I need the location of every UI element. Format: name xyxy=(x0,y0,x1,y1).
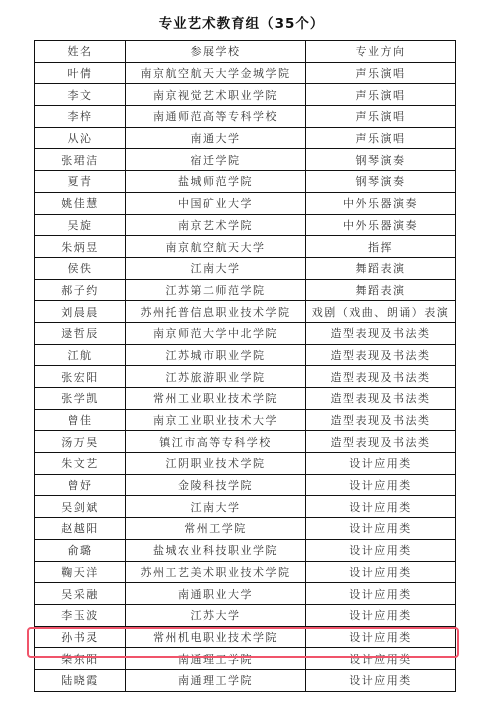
header-name: 姓名 xyxy=(35,41,126,63)
table-row: 朱文艺江阴职业技术学院设计应用类 xyxy=(35,453,456,475)
table-row: 逯哲辰南京师范大学中北学院造型表现及书法类 xyxy=(35,322,456,344)
school-cell: 南通大学 xyxy=(126,127,306,149)
major-cell: 指挥 xyxy=(306,236,456,258)
name-cell: 张学凯 xyxy=(35,388,126,410)
school-cell: 南京航空航天大学金城学院 xyxy=(126,62,306,84)
school-cell: 常州机电职业技术学院 xyxy=(126,626,306,648)
school-cell: 常州工业职业技术学院 xyxy=(126,388,306,410)
school-cell: 常州工学院 xyxy=(126,518,306,540)
table-row: 从沁南通大学声乐演唱 xyxy=(35,127,456,149)
table-row: 张学凯常州工业职业技术学院造型表现及书法类 xyxy=(35,388,456,410)
school-cell: 金陵科技学院 xyxy=(126,474,306,496)
major-cell: 造型表现及书法类 xyxy=(306,388,456,410)
name-cell: 逯哲辰 xyxy=(35,322,126,344)
major-cell: 造型表现及书法类 xyxy=(306,409,456,431)
major-cell: 声乐演唱 xyxy=(306,62,456,84)
school-cell: 苏州工艺美术职业技术学院 xyxy=(126,561,306,583)
table-row: 夏青盐城师范学院钢琴演奏 xyxy=(35,171,456,193)
table-row: 郝子约江苏第二师范学院舞蹈表演 xyxy=(35,279,456,301)
major-cell: 声乐演唱 xyxy=(306,106,456,128)
table-row: 姚佳慧中国矿业大学中外乐器演奏 xyxy=(35,192,456,214)
school-cell: 宿迁学院 xyxy=(126,149,306,171)
school-cell: 南京视觉艺术职业学院 xyxy=(126,84,306,106)
school-cell: 南通理工学院 xyxy=(126,669,306,691)
major-cell: 戏剧（戏曲、朗诵）表演 xyxy=(306,301,456,323)
table-row: 朱炳昱南京航空航天大学指挥 xyxy=(35,236,456,258)
table-header-row: 姓名 参展学校 专业方向 xyxy=(35,41,456,63)
table-row: 鞠天洋苏州工艺美术职业技术学院设计应用类 xyxy=(35,561,456,583)
table-row: 李玉波江苏大学设计应用类 xyxy=(35,604,456,626)
major-cell: 声乐演唱 xyxy=(306,84,456,106)
name-cell: 夏青 xyxy=(35,171,126,193)
major-cell: 设计应用类 xyxy=(306,496,456,518)
name-cell: 李文 xyxy=(35,84,126,106)
header-major: 专业方向 xyxy=(306,41,456,63)
name-cell: 从沁 xyxy=(35,127,126,149)
name-cell: 张宏阳 xyxy=(35,366,126,388)
table-row: 张宏阳江苏旅游职业学院造型表现及书法类 xyxy=(35,366,456,388)
school-cell: 苏州托普信息职业技术学院 xyxy=(126,301,306,323)
name-cell: 吴旋 xyxy=(35,214,126,236)
major-cell: 中外乐器演奏 xyxy=(306,214,456,236)
major-cell: 声乐演唱 xyxy=(306,127,456,149)
major-cell: 设计应用类 xyxy=(306,539,456,561)
page-title: 专业艺术教育组（35个） xyxy=(0,12,483,32)
school-cell: 盐城农业科技职业学院 xyxy=(126,539,306,561)
major-cell: 造型表现及书法类 xyxy=(306,431,456,453)
name-cell: 鞠天洋 xyxy=(35,561,126,583)
school-cell: 江苏大学 xyxy=(126,604,306,626)
major-cell: 钢琴演奏 xyxy=(306,171,456,193)
major-cell: 舞蹈表演 xyxy=(306,257,456,279)
name-cell: 郝子约 xyxy=(35,279,126,301)
name-cell: 吴剑斌 xyxy=(35,496,126,518)
table-row: 曾佳南京工业职业技术大学造型表现及书法类 xyxy=(35,409,456,431)
school-cell: 镇江市高等专科学校 xyxy=(126,431,306,453)
school-cell: 盐城师范学院 xyxy=(126,171,306,193)
school-cell: 江阴职业技术学院 xyxy=(126,453,306,475)
table-row: 李梓南通师范高等专科学校声乐演唱 xyxy=(35,106,456,128)
table-row: 柴东阳南通理工学院设计应用类 xyxy=(35,648,456,670)
table-row: 俞璐盐城农业科技职业学院设计应用类 xyxy=(35,539,456,561)
school-cell: 南通职业大学 xyxy=(126,583,306,605)
table-row: 侯佚江南大学舞蹈表演 xyxy=(35,257,456,279)
name-cell: 李梓 xyxy=(35,106,126,128)
school-cell: 江南大学 xyxy=(126,496,306,518)
major-cell: 设计应用类 xyxy=(306,474,456,496)
table-row: 陆晓霞南通理工学院设计应用类 xyxy=(35,669,456,691)
table-row: 刘晨晨苏州托普信息职业技术学院戏剧（戏曲、朗诵）表演 xyxy=(35,301,456,323)
name-cell: 汤万昊 xyxy=(35,431,126,453)
major-cell: 舞蹈表演 xyxy=(306,279,456,301)
table-row: 张珺洁宿迁学院钢琴演奏 xyxy=(35,149,456,171)
school-cell: 南京航空航天大学 xyxy=(126,236,306,258)
table-row: 江航江苏城市职业学院造型表现及书法类 xyxy=(35,344,456,366)
name-cell: 陆晓霞 xyxy=(35,669,126,691)
school-cell: 江苏旅游职业学院 xyxy=(126,366,306,388)
major-cell: 设计应用类 xyxy=(306,648,456,670)
major-cell: 设计应用类 xyxy=(306,626,456,648)
table-row: 吴剑斌江南大学设计应用类 xyxy=(35,496,456,518)
name-cell: 江航 xyxy=(35,344,126,366)
school-cell: 江苏第二师范学院 xyxy=(126,279,306,301)
major-cell: 设计应用类 xyxy=(306,583,456,605)
name-cell: 刘晨晨 xyxy=(35,301,126,323)
school-cell: 江苏城市职业学院 xyxy=(126,344,306,366)
school-cell: 江南大学 xyxy=(126,257,306,279)
header-school: 参展学校 xyxy=(126,41,306,63)
table-row: 叶倩南京航空航天大学金城学院声乐演唱 xyxy=(35,62,456,84)
major-cell: 设计应用类 xyxy=(306,669,456,691)
name-cell: 朱炳昱 xyxy=(35,236,126,258)
school-cell: 南通理工学院 xyxy=(126,648,306,670)
school-cell: 南京师范大学中北学院 xyxy=(126,322,306,344)
table-row-highlighted: 孙书灵常州机电职业技术学院设计应用类 xyxy=(35,626,456,648)
major-cell: 设计应用类 xyxy=(306,604,456,626)
name-cell: 李玉波 xyxy=(35,604,126,626)
participants-table: 姓名 参展学校 专业方向 叶倩南京航空航天大学金城学院声乐演唱李文南京视觉艺术职… xyxy=(34,40,456,692)
table-row: 李文南京视觉艺术职业学院声乐演唱 xyxy=(35,84,456,106)
table-row: 吴采融南通职业大学设计应用类 xyxy=(35,583,456,605)
major-cell: 设计应用类 xyxy=(306,561,456,583)
table-row: 汤万昊镇江市高等专科学校造型表现及书法类 xyxy=(35,431,456,453)
school-cell: 南京艺术学院 xyxy=(126,214,306,236)
table-row: 赵越阳常州工学院设计应用类 xyxy=(35,518,456,540)
name-cell: 张珺洁 xyxy=(35,149,126,171)
school-cell: 南通师范高等专科学校 xyxy=(126,106,306,128)
school-cell: 中国矿业大学 xyxy=(126,192,306,214)
name-cell: 赵越阳 xyxy=(35,518,126,540)
name-cell: 姚佳慧 xyxy=(35,192,126,214)
school-cell: 南京工业职业技术大学 xyxy=(126,409,306,431)
name-cell: 曾妤 xyxy=(35,474,126,496)
name-cell: 朱文艺 xyxy=(35,453,126,475)
table-row: 曾妤金陵科技学院设计应用类 xyxy=(35,474,456,496)
major-cell: 造型表现及书法类 xyxy=(306,322,456,344)
name-cell: 柴东阳 xyxy=(35,648,126,670)
name-cell: 曾佳 xyxy=(35,409,126,431)
major-cell: 钢琴演奏 xyxy=(306,149,456,171)
name-cell: 侯佚 xyxy=(35,257,126,279)
major-cell: 设计应用类 xyxy=(306,453,456,475)
major-cell: 造型表现及书法类 xyxy=(306,366,456,388)
table-row: 吴旋南京艺术学院中外乐器演奏 xyxy=(35,214,456,236)
name-cell: 吴采融 xyxy=(35,583,126,605)
name-cell: 俞璐 xyxy=(35,539,126,561)
major-cell: 设计应用类 xyxy=(306,518,456,540)
major-cell: 造型表现及书法类 xyxy=(306,344,456,366)
name-cell: 叶倩 xyxy=(35,62,126,84)
major-cell: 中外乐器演奏 xyxy=(306,192,456,214)
name-cell: 孙书灵 xyxy=(35,626,126,648)
